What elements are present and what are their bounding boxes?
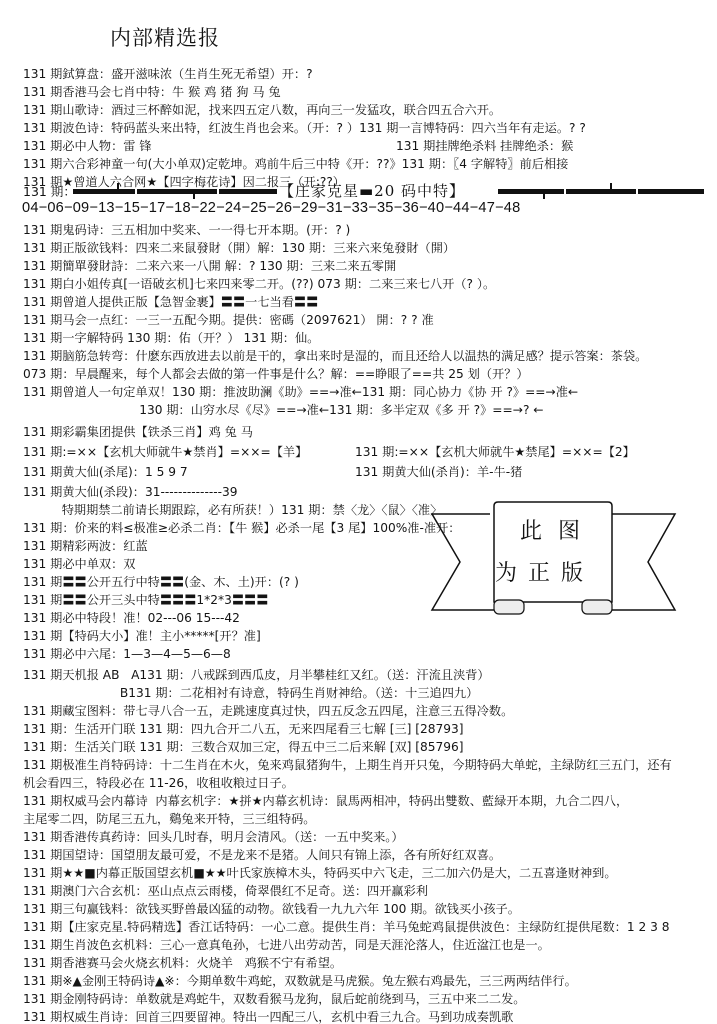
banner-bar [73, 189, 135, 194]
text-line: 131 期权威马会内幕诗 内幕玄机字：★拼★内幕玄机诗：鼠馬两相冲，特码出雙数、… [23, 793, 628, 809]
text-line: 131 期必中人物：雷 锋 [23, 138, 152, 154]
text-line: 131 期生肖波色玄机料：三心一意真龟孙，七进八出劳动苦，同是天涯沦落人，住近湓… [23, 937, 550, 953]
text-line: 131 期香港马会七肖中特：牛 猴 鸡 猪 狗 马 兔 [23, 84, 281, 100]
text-line: 131 期必中六尾：1—3—4—5—6—8 [23, 646, 231, 662]
text-line: 131 期：生活关门联 131 期：三数合双加三定，得五中三二后来解 [双] [… [23, 739, 464, 755]
hanging-sign-line: 131 期挂牌绝杀料 挂牌绝杀：猴 [396, 138, 573, 154]
banner-tick [543, 194, 545, 199]
banner-center-text: 【庄家克星▬20 码中特】 [279, 180, 465, 201]
text-line: 131 期黄大仙(杀尾)：1 5 9 7 [23, 464, 188, 480]
text-line: 主尾零二四，防尾三五九，鷄兔来开特，三三组特码。 [23, 811, 316, 827]
text-line: 131 期：生活开门联 131 期：四九合开二八五，无来四尾看三七解 [三] [… [23, 721, 464, 737]
text-line: 131 期【特码大小】准！主小*****[开？准] [23, 628, 261, 644]
text-line: 131 期〓〓公开三头中特〓〓〓1*2*3〓〓〓 [23, 592, 268, 608]
text-line: 131 期：价来的料≤极准≥必杀二肖：【牛 猴】必杀一尾【3 尾】100%准-准… [23, 520, 460, 536]
text-line: 131 期黄大仙(杀段)：31--------------39 [23, 484, 238, 500]
text-line: 131 期极准生肖特码诗：十二生肖在木火，兔来鸡鼠猪狗牛，上期生肖开只兔，今期特… [23, 757, 672, 773]
text-line: 131 期澳门六合玄机：巫山点点云雨楼，倚翠偎红不足奇。送：四开赢彩利 [23, 883, 428, 899]
text-line: 131 期:=××【玄机大师就牛★禁尾】=××=【2】 [355, 444, 635, 460]
banner-tick [610, 183, 612, 189]
text-line: 131 期山歌诗：酒过三杯醉如泥，找来四五定八数，再向三一发猛攻，联合四五合六开… [23, 102, 501, 118]
text-line: 131 期香港传真药诗：回头几时春，明月会清风。（送：一五中奖来。） [23, 829, 404, 845]
banner-bar [219, 189, 277, 194]
number-strip: 04−06−09−13−15−17−18−22−24−25−26−29−31−3… [22, 200, 520, 216]
text-line: 131 期精彩两波：红蓝 [23, 538, 148, 554]
page-title: 内部精选报 [110, 22, 220, 52]
text-line: 131 期藏宝图料：带七寻八合一五，走跳速度真过快，四五反念五四尾，注意三五得冷… [23, 703, 513, 719]
text-line: 131 期黄大仙(杀肖)：羊-牛-猪 [355, 464, 522, 480]
text-line: 131 期六合彩神童一句(大小单双)定乾坤。鸡前牛后三中特《开：??》131 期… [23, 156, 568, 172]
banner-bar [498, 189, 564, 194]
text-line: 131 期曾道人一句定单双！130 期：推波助澜《助》==→准←131 期：同心… [23, 384, 578, 400]
banner-tick [193, 194, 195, 199]
banner-tick [117, 183, 119, 189]
text-line: 131 期香港赛马会火烧玄机料：火烧羊 鸡猴不宁有希望。 [23, 955, 342, 971]
text-line: 131 期〓〓公开五行中特〓〓(金、木、土)开：(? ) [23, 574, 299, 590]
text-line: 131 期金刚特码诗：单数就是鸡蛇牛，双数看猴马龙狗，鼠后蛇前绕到马，三五中来二… [23, 991, 525, 1007]
text-line: 131 期曾道人提供正版【急智金裹】〓〓一七当看〓〓 [23, 294, 318, 310]
ribbon-text-line1: 此图 [520, 514, 596, 545]
text-line: 131 期权威生肖诗：回首三四要留神。特出一四配三八，玄机中看三九合。马到功成奏… [23, 1009, 513, 1024]
banner-bar [566, 189, 636, 194]
banner-row: 131 期： 【庄家克星▬20 码中特】 [23, 181, 703, 201]
text-line: 131 期【庄家克星.特码精选】香江话特码：一心二意。提供生肖：羊马兔蛇鸡鼠提供… [23, 919, 669, 935]
text-line: 131 期必中特段！准！02---06 15---42 [23, 610, 240, 626]
text-line: 131 期白小姐传真[一语破玄机]七来四来零二开。(??) 073 期：二来三来… [23, 276, 495, 292]
text-line: 073 期：早晨醒来，每个人都会去做的第一件事是什么？解：==睁眼了==共 25… [23, 366, 529, 382]
text-line: 131 期三句赢钱料：欲钱买野兽最凶猛的动物。欲钱看一九九六年 100 期。欲钱… [23, 901, 520, 917]
banner-bar [137, 189, 217, 194]
text-line: 131 期鉽算盘：盛开滋味浓（生肖生死无希望）开：? [23, 66, 313, 82]
text-line: 131 期:=××【玄机大师就牛★禁肖】=××=【羊】 [23, 444, 307, 460]
text-line: B131 期：二花相衬有诗意，特码生肖财神给。（送：十三追四九） [23, 685, 478, 701]
banner-label: 131 期： [23, 182, 76, 200]
text-line: 131 期波色诗：特码蓝头来出特，红波生肖也会来。（开：? ）131 期一言博特… [23, 120, 586, 136]
ribbon-text-line2: 为正版 [495, 556, 594, 587]
text-line: 特期期禁二前请长期跟踪，必有所获！）131 期：禁〈龙〉〈鼠〉〈准〉 [23, 502, 442, 518]
text-line: 131 期一字解特码 130 期：佑（开？） 131 期：仙。 [23, 330, 319, 346]
banner-bar [638, 189, 704, 194]
text-line: 131 期脑筋急转弯：什麽东西放进去以前是干的，拿出来时是湿的，而且还给人以温热… [23, 348, 647, 364]
text-line: 131 期天机报 AB A131 期：八戒踩到西瓜皮，月半攀桂红又红。（送：汗流… [23, 667, 490, 683]
text-line: 130 期：山穷水尽《尽》==→准←131 期：多半定双《多 开 ?》==→? … [23, 402, 544, 418]
text-line: 131 期正版欲钱料：四来二来鼠發財（開）解：130 期：三来六来兔發財（開） [23, 240, 455, 256]
text-line: 131 期簡單發財詩：二来六来一八開 解：? 130 期：三来二来五零開 [23, 258, 396, 274]
text-line: 131 期※▲金刚王特码诗▲※：今期单数牛鸡蛇，双数就是马虎猴。兔左猴右鸡最先，… [23, 973, 577, 989]
text-line: 131 期鬼码诗：三五相加中奖来、一一得七开本期。(开：? ) [23, 222, 350, 238]
text-line: 131 期彩霸集团提供【铁杀三肖】鸡 兔 马 [23, 424, 253, 440]
text-line: 131 期★★■内幕正版国望玄机■★★叶氏家族樟木头，特码买中六飞走，三二加六仍… [23, 865, 617, 881]
text-line: 131 期国望诗：国望朋友最可爱，不是龙来不是猪。人间只有锦上添，各有所好红双喜… [23, 847, 501, 863]
text-line: 131 期马会一点红：一三一五配今期。提供：密碼（2097621） 開：? ? … [23, 312, 434, 328]
text-line: 131 期必中单双：双 [23, 556, 135, 572]
text-line: 机会看四三，特段必在 11-26，收租收粮过日子。 [23, 775, 294, 791]
